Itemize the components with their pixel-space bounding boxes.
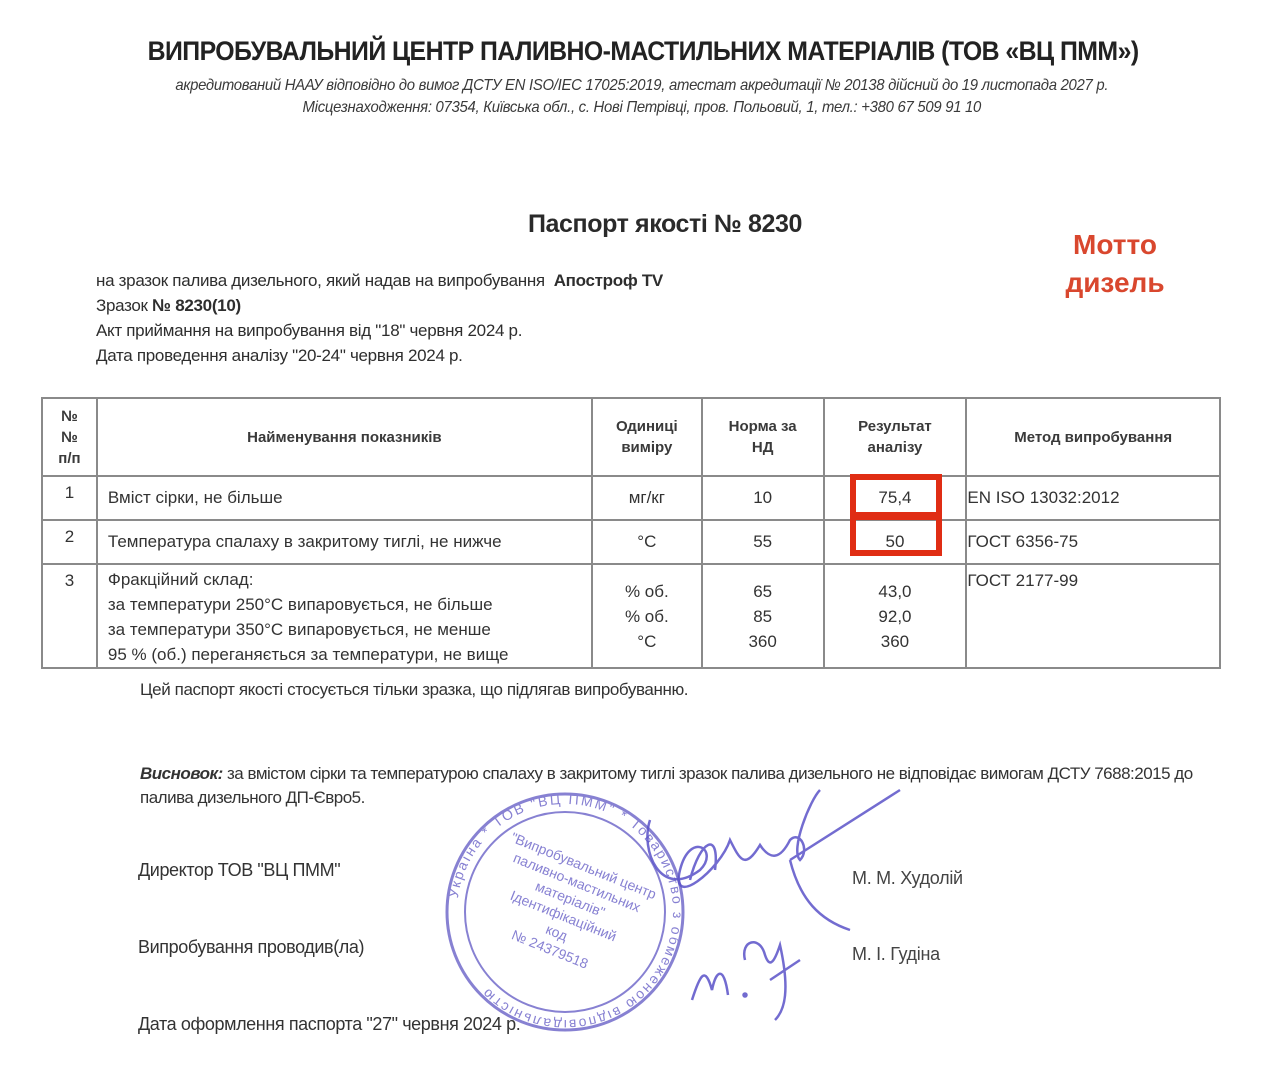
address-line: Місцезнаходження: 07354, Київська обл., … bbox=[47, 99, 1237, 117]
result-line: 92,0 bbox=[825, 604, 966, 629]
header-name: Найменування показників bbox=[97, 398, 592, 476]
conclusion: Висновок: за вмістом сірки та температур… bbox=[140, 762, 1200, 810]
indicator-line: за температури 350°С випаровується, не м… bbox=[108, 617, 591, 642]
row-method: EN ISO 13032:2012 bbox=[966, 476, 1220, 520]
indicator-line: за температури 250°С випаровується, не б… bbox=[108, 592, 591, 617]
director-signature-icon bbox=[647, 790, 900, 930]
director-label: Директор ТОВ "ВЦ ПММ" bbox=[138, 860, 340, 881]
sample-line-prefix: на зразок палива дизельного, який надав … bbox=[96, 271, 545, 290]
header-num-line: № bbox=[43, 427, 96, 448]
sample-info: на зразок палива дизельного, який надав … bbox=[96, 268, 663, 368]
row-unit: % об. % об. °С bbox=[592, 564, 702, 668]
row-indicator: Вміст сірки, не більше bbox=[97, 476, 592, 520]
sample-label: Зразок bbox=[96, 296, 148, 315]
row-num: 3 bbox=[42, 564, 97, 668]
header-num: № № п/п bbox=[42, 398, 97, 476]
norm-line: 65 bbox=[703, 579, 823, 604]
conclusion-label: Висновок: bbox=[140, 764, 223, 783]
director-name: М. М. Худолій bbox=[852, 868, 963, 889]
row-result: 43,0 92,0 360 bbox=[824, 564, 967, 668]
row-num: 1 bbox=[42, 476, 97, 520]
norm-line: 85 bbox=[703, 604, 823, 629]
row-norm: 65 85 360 bbox=[702, 564, 824, 668]
organization-title: ВИПРОБУВАЛЬНИЙ ЦЕНТР ПАЛИВНО-МАСТИЛЬНИХ … bbox=[54, 36, 1232, 67]
acceptance-act: Акт приймання на випробування від "18" ч… bbox=[96, 318, 663, 343]
table-row: 1 Вміст сірки, не більше мг/кг 10 75,4 E… bbox=[42, 476, 1220, 520]
tester-name: М. І. Гудіна bbox=[852, 944, 940, 965]
header-norm-line: Норма за bbox=[703, 416, 823, 437]
conclusion-text: за вмістом сірки та температурою спалаху… bbox=[140, 764, 1193, 807]
annotation-line-2: дизель bbox=[1040, 264, 1190, 302]
sample-number: № 8230(10) bbox=[152, 296, 241, 315]
header-num-line: п/п bbox=[43, 448, 96, 469]
results-table: № № п/п Найменування показників Одиниці … bbox=[41, 397, 1221, 669]
analysis-date: Дата проведення аналізу "20-24" червня 2… bbox=[96, 343, 663, 368]
header-norm: Норма за НД bbox=[702, 398, 824, 476]
svg-text:паливно-мастильних: паливно-мастильних bbox=[511, 850, 643, 916]
highlight-box-sulfur bbox=[850, 474, 942, 518]
unit-line: % об. bbox=[593, 579, 701, 604]
table-row: 3 Фракційний склад: за температури 250°С… bbox=[42, 564, 1220, 668]
tester-signature-icon bbox=[692, 942, 800, 1020]
unit-line: % об. bbox=[593, 604, 701, 629]
svg-text:"Випробувальний центр: "Випробувальний центр bbox=[509, 829, 659, 902]
svg-text:матеріалів": матеріалів" bbox=[533, 878, 607, 920]
header-method: Метод випробування bbox=[966, 398, 1220, 476]
annotation-line-1: Мотто bbox=[1040, 226, 1190, 264]
row-norm: 55 bbox=[702, 520, 824, 564]
header-unit-line: Одиниці bbox=[593, 416, 701, 437]
sample-number-line: Зразок № 8230(10) bbox=[96, 293, 663, 318]
row-method: ГОСТ 6356-75 bbox=[966, 520, 1220, 564]
header-result-line: Результат bbox=[825, 416, 966, 437]
header-norm-line: НД bbox=[703, 437, 823, 458]
indicator-line: Фракційний склад: bbox=[108, 567, 591, 592]
tester-label: Випробування проводив(ла) bbox=[138, 937, 364, 958]
row-norm: 10 bbox=[702, 476, 824, 520]
unit-line: °С bbox=[593, 629, 701, 654]
svg-text:Ідентифікаційний: Ідентифікаційний bbox=[508, 887, 619, 944]
row-indicator: Температура спалаху в закритому тиглі, н… bbox=[97, 520, 592, 564]
product-annotation: Мотто дизель bbox=[1040, 226, 1190, 302]
row-num: 2 bbox=[42, 520, 97, 564]
table-row: 2 Температура спалаху в закритому тиглі,… bbox=[42, 520, 1220, 564]
header-result-line: аналізу bbox=[825, 437, 966, 458]
header-num-line: № bbox=[43, 406, 96, 427]
svg-text:Україна * ТОВ "ВЦ ПММ" * Товар: Україна * ТОВ "ВЦ ПММ" * Товариство з об… bbox=[445, 791, 686, 1033]
official-stamp-icon: Україна * ТОВ "ВЦ ПММ" * Товариство з об… bbox=[445, 791, 686, 1033]
issue-date: Дата оформлення паспорта "27" червня 202… bbox=[138, 1014, 520, 1035]
row-indicator: Фракційний склад: за температури 250°С в… bbox=[97, 564, 592, 668]
row-unit: мг/кг bbox=[592, 476, 702, 520]
row-unit: °C bbox=[592, 520, 702, 564]
svg-text:№ 24379518: № 24379518 bbox=[509, 926, 590, 971]
header-unit: Одиниці виміру bbox=[592, 398, 702, 476]
svg-text:код: код bbox=[544, 921, 570, 944]
accreditation-line: акредитований НААУ відповідно до вимог Д… bbox=[47, 77, 1237, 95]
table-header-row: № № п/п Найменування показників Одиниці … bbox=[42, 398, 1220, 476]
validity-note: Цей паспорт якості стосується тільки зра… bbox=[140, 680, 688, 700]
header-result: Результат аналізу bbox=[824, 398, 967, 476]
result-line: 43,0 bbox=[825, 579, 966, 604]
result-line: 360 bbox=[825, 629, 966, 654]
indicator-line: 95 % (об.) переганяється за температури,… bbox=[108, 642, 591, 667]
header-unit-line: виміру bbox=[593, 437, 701, 458]
highlight-box-flashpoint bbox=[850, 514, 942, 556]
row-method: ГОСТ 2177-99 bbox=[966, 564, 1220, 668]
client-name: Апостроф TV bbox=[554, 271, 663, 290]
sample-client-line: на зразок палива дизельного, який надав … bbox=[96, 268, 663, 293]
norm-line: 360 bbox=[703, 629, 823, 654]
